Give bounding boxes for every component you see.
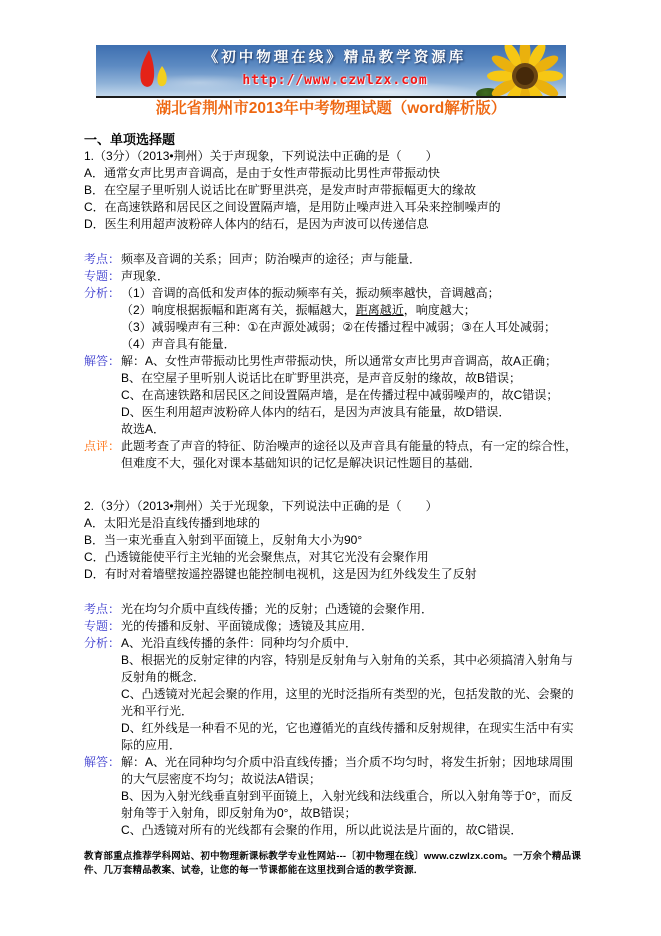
fenxi-line: （4）声音具有能量． [121, 336, 580, 353]
kaodian-text: 光在均匀介质中直线传播；光的反射；凸透镜的会聚作用． [121, 601, 580, 618]
question-2: 2.（3分）（2013•荆州）关于光现象，下列说法中正确的是（ ） A．太阳光是… [84, 498, 580, 839]
sunflower-image [486, 45, 564, 98]
fenxi-line: （2）响度根据振幅和距离有关，振幅越大，距离越近，响度越大； [121, 302, 580, 319]
site-banner: 《初中物理在线》精品教学资源库 http://www.czwlzx.com [96, 45, 566, 98]
option-a: A．太阳光是沿直线传播到地球的 [84, 515, 580, 532]
document-body: 一、单项选择题 1.（3分）（2013•荆州）关于声现象，下列说法中正确的是（ … [84, 131, 580, 839]
jieda-label: 解答： [84, 353, 121, 438]
fenxi-line-part: ，响度越大； [404, 303, 476, 317]
dianping-row: 点评： 此题考查了声音的特征、防治噪声的途径以及声音具有能量的特点，有一定的综合… [84, 438, 580, 472]
question-stem: 1.（3分）（2013•荆州）关于声现象，下列说法中正确的是（ ） [84, 148, 580, 165]
kaodian-label: 考点： [84, 601, 121, 618]
jieda-answer: 故选A． [121, 421, 580, 438]
fenxi-label: 分析： [84, 635, 121, 754]
page-title: 湖北省荆州市2013年中考物理试题（word解析版） [84, 100, 578, 117]
question-stem: 2.（3分）（2013•荆州）关于光现象，下列说法中正确的是（ ） [84, 498, 580, 515]
fenxi-line-part: （2）响度根据振幅和距离有关，振幅越大， [121, 303, 356, 317]
option-d: D．有时对着墙壁按遥控器键也能控制电视机，这是因为红外线发生了反射 [84, 566, 580, 583]
question-2-analysis: 考点： 光在均匀介质中直线传播；光的反射；凸透镜的会聚作用． 专题： 光的传播和… [84, 601, 580, 839]
question-1-analysis: 考点： 频率及音调的关系；回声；防治噪声的途径；声与能量． 专题： 声现象． 分… [84, 251, 580, 472]
fenxi-row: 分析： A、光沿直线传播的条件：同种均匀介质中． B、根据光的反射定律的内容，特… [84, 635, 580, 754]
jieda-line: 解：A、女性声带振动比男性声带振动快，所以通常女声比男声音调高，故A正确； [121, 353, 580, 370]
zhuanti-label: 专题： [84, 268, 121, 285]
option-c: C．凸透镜能使平行主光轴的光会聚焦点，对其它光没有会聚作用 [84, 549, 580, 566]
zhuanti-label: 专题： [84, 618, 121, 635]
fenxi-line-underlined: 距离越近 [356, 303, 404, 317]
dianping-text: 此题考查了声音的特征、防治噪声的途径以及声音具有能量的特点，有一定的综合性，但难… [121, 438, 580, 472]
option-c: C．在高速铁路和居民区之间设置隔声墙，是用防止噪声进入耳朵来控制噪声的 [84, 199, 580, 216]
jieda-line: C、凸透镜对所有的光线都有会聚的作用，所以此说法是片面的，故C错误． [121, 822, 580, 839]
fenxi-line: D、红外线是一种看不见的光，它也遵循光的直线传播和反射规律，在现实生活中有实际的… [121, 720, 580, 754]
zhuanti-text: 声现象． [121, 268, 580, 285]
fenxi-line: （3）减弱噪声有三种：①在声源处减弱；②在传播过程中减弱；③在人耳处减弱； [121, 319, 580, 336]
document-page: 《初中物理在线》精品教学资源库 http://www.czwlzx.com [0, 0, 661, 936]
jieda-label: 解答： [84, 754, 121, 839]
option-a: A．通常女声比男声音调高，是由于女性声带振动比男性声带振动快 [84, 165, 580, 182]
zhuanti-row: 专题： 声现象． [84, 268, 580, 285]
zhuanti-row: 专题： 光的传播和反射、平面镜成像；透镜及其应用． [84, 618, 580, 635]
option-d: D．医生利用超声波粉碎人体内的结石，是因为声波可以传递信息 [84, 216, 580, 233]
jieda-row: 解答： 解：A、光在同种均匀介质中沿直线传播；当介质不均匀时，将发生折射；因地球… [84, 754, 580, 839]
dianping-label: 点评： [84, 438, 121, 472]
kaodian-label: 考点： [84, 251, 121, 268]
option-b: B．在空屋子里听别人说话比在旷野里洪亮，是发声时声带振幅更大的缘故 [84, 182, 580, 199]
question-1: 1.（3分）（2013•荆州）关于声现象，下列说法中正确的是（ ） A．通常女声… [84, 148, 580, 472]
option-b: B．当一束光垂直入射到平面镜上，反射角大小为90° [84, 532, 580, 549]
jieda-line: B、因为入射光线垂直射到平面镜上，入射光线和法线重合，所以入射角等于0°，而反射… [121, 788, 580, 822]
kaodian-row: 考点： 光在均匀介质中直线传播；光的反射；凸透镜的会聚作用． [84, 601, 580, 618]
zhuanti-text: 光的传播和反射、平面镜成像；透镜及其应用． [121, 618, 580, 635]
jieda-line: 解：A、光在同种均匀介质中沿直线传播；当介质不均匀时，将发生折射；因地球周围的大… [121, 754, 580, 788]
kaodian-text: 频率及音调的关系；回声；防治噪声的途径；声与能量． [121, 251, 580, 268]
jieda-line: D、医生利用超声波粉碎人体内的结石，是因为声波具有能量，故D错误． [121, 404, 580, 421]
page-footer: 教育部重点推荐学科网站、初中物理新课标教学专业性网站---〔初中物理在线〕www… [84, 850, 581, 878]
fenxi-line: C、凸透镜对光起会聚的作用，这里的光时泛指所有类型的光，包括发散的光、会聚的光和… [121, 686, 580, 720]
fenxi-line: A、光沿直线传播的条件：同种均匀介质中． [121, 635, 580, 652]
fenxi-line: B、根据光的反射定律的内容，特别是反射角与入射角的关系，其中必须搞清入射角与反射… [121, 652, 580, 686]
fenxi-line: （1）音调的高低和发声体的振动频率有关，振动频率越快，音调越高； [121, 285, 580, 302]
jieda-line: C、在高速铁路和居民区之间设置隔声墙，是在传播过程中减弱噪声的，故C错误； [121, 387, 580, 404]
section-heading: 一、单项选择题 [84, 131, 580, 148]
kaodian-row: 考点： 频率及音调的关系；回声；防治噪声的途径；声与能量． [84, 251, 580, 268]
fenxi-row: 分析： （1）音调的高低和发声体的振动频率有关，振动频率越快，音调越高； （2）… [84, 285, 580, 353]
jieda-row: 解答： 解：A、女性声带振动比男性声带振动快，所以通常女声比男声音调高，故A正确… [84, 353, 580, 438]
banner-site-title: 《初中物理在线》精品教学资源库 [162, 50, 508, 67]
fenxi-label: 分析： [84, 285, 121, 353]
banner-site-url: http://www.czwlzx.com [162, 72, 508, 89]
jieda-line: B、在空屋子里听别人说话比在旷野里洪亮，是声音反射的缘故，故B错误； [121, 370, 580, 387]
